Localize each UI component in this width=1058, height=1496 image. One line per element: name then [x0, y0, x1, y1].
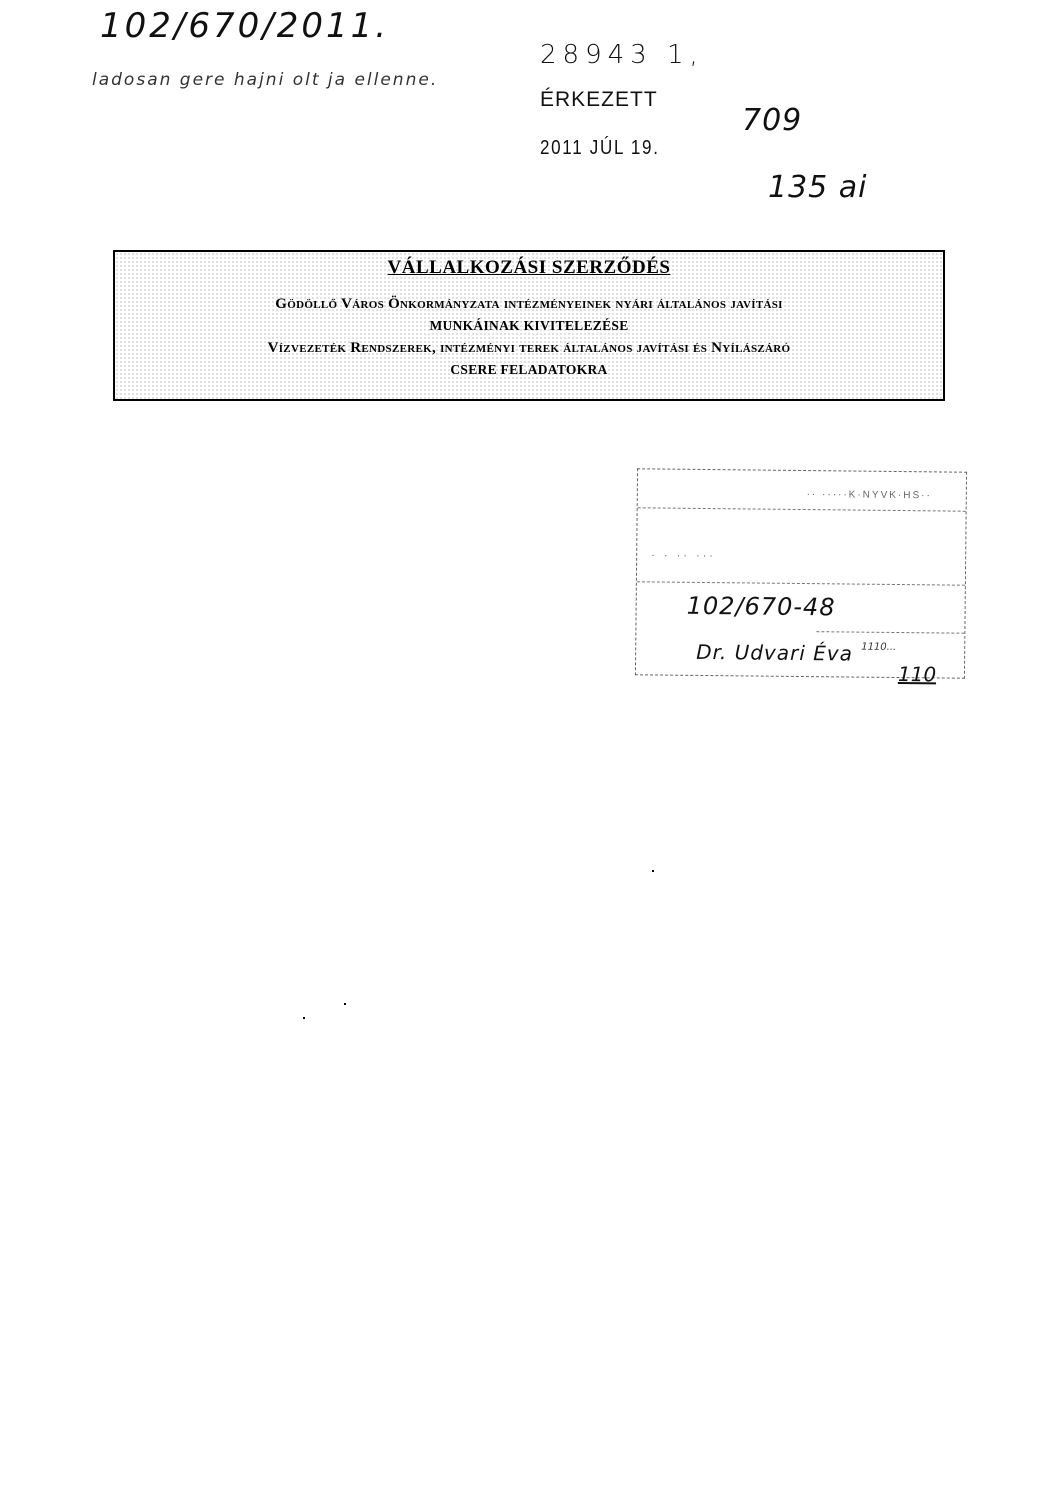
handwritten-note: ladosan gere hajni olt ja ellenne.: [92, 70, 438, 90]
received-stamp-label: ÉRKEZETT: [540, 88, 658, 112]
stamp-divider: [816, 631, 964, 634]
contract-title-box: VÁLLALKOZÁSI SZERZŐDÉS Gödöllő Város Önk…: [113, 250, 945, 401]
handwritten-mark: 709: [742, 103, 802, 138]
contract-subtitle-line: Vízvezeték Rendszerek, intézményi terek …: [115, 337, 943, 359]
scan-speck: [344, 1003, 346, 1005]
stamp-number: 110: [898, 662, 936, 686]
handwritten-file-number: 102/670/2011.: [100, 6, 389, 46]
registration-number: 28943 1,: [540, 40, 704, 70]
contract-subtitle-line: Gödöllő Város Önkormányzata intézményein…: [115, 293, 943, 315]
stamp-small-text: 1110...: [861, 642, 896, 653]
stamp-reference-number: 102/670-48: [687, 592, 836, 622]
stamp-sub-text: · · ·· ···: [651, 549, 716, 562]
stamp-divider: [637, 581, 965, 585]
scan-speck: [303, 1017, 305, 1019]
handwritten-mark: 135 ai: [768, 170, 868, 205]
registry-stamp: ·· ·····K·NYVK·HS·· · · ·· ··· 102/670-4…: [635, 468, 967, 678]
contract-title: VÁLLALKOZÁSI SZERZŐDÉS: [115, 257, 943, 279]
received-stamp-date: 2011 JÚL 19.: [540, 137, 660, 160]
contract-subtitle-line: csere feladatokra: [115, 359, 943, 381]
contract-subtitle-line: munkáinak kivitelezése: [115, 315, 943, 337]
stamp-signature: Dr. Udvari Éva: [696, 640, 853, 666]
scan-speck: [652, 870, 654, 872]
stamp-header-text: ·· ·····K·NYVK·HS··: [807, 489, 932, 501]
stamp-divider: [638, 507, 966, 511]
